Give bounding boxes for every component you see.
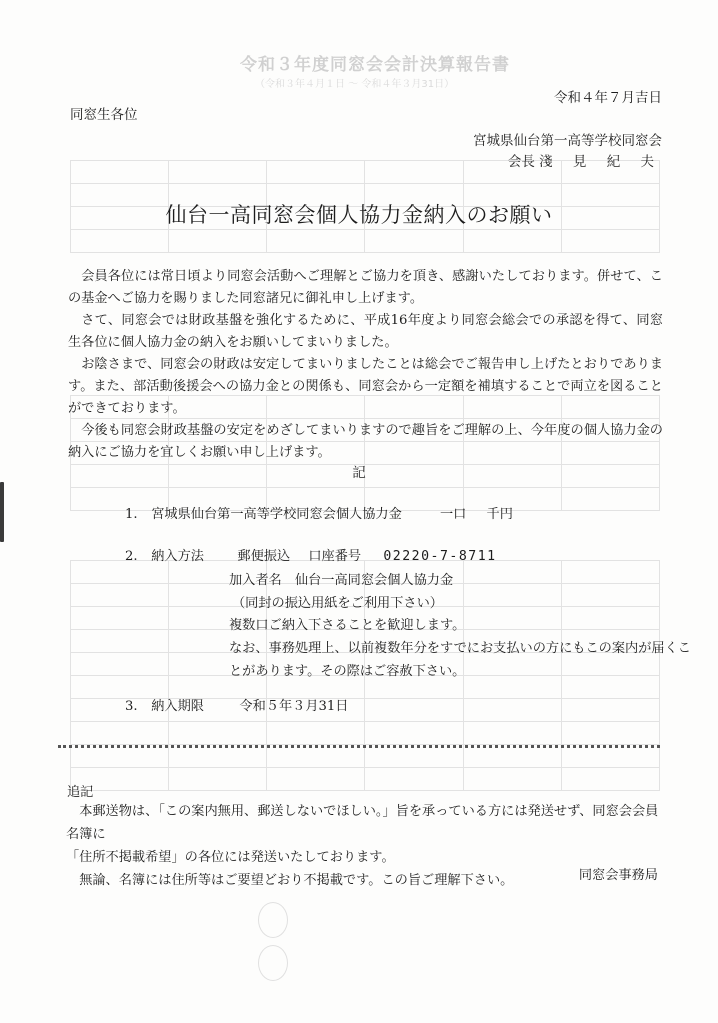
item-number: 1. [125, 507, 147, 522]
payment-detail: （同封の振込用紙をご利用下さい） [232, 592, 443, 611]
deadline-value: 令和５年３月31日 [239, 699, 348, 714]
president-title: 会長 [508, 154, 535, 170]
payment-method: 郵便振込 [237, 549, 290, 564]
postscript-heading: 追記 [67, 781, 93, 800]
bleed-through-seal-icon [258, 945, 288, 981]
president-name: 淺 見 紀 夫 [539, 154, 662, 170]
payment-detail: とがあります。その際はご容赦下さい。 [229, 660, 465, 679]
letter-body: 会員各位には常日頃より同窓会活動へご理解とご協力を頂き、感謝いたしております。併… [68, 266, 663, 464]
bleed-through-subtitle: （令和３年４月１日 ～ 令和４年３月31日） [255, 75, 454, 90]
postscript-body: 本郵送物は、「この案内無用、郵送しないでほしい。」旨を承っている方には発送せず、… [66, 800, 662, 892]
item-label: 納入方法 [151, 545, 233, 564]
addressee: 同窓生各位 [70, 103, 138, 123]
item-contribution: 1. 宮城県仙台第一高等学校同窓会個人協力金 一口 千円 [125, 503, 513, 522]
item-unit: 千円 [487, 507, 513, 522]
item-label: 宮城県仙台第一高等学校同窓会個人協力金 [151, 507, 402, 522]
postscript-line: 本郵送物は、「この案内無用、郵送しないでほしい。」旨を承っている方には発送せず、… [66, 800, 662, 846]
paragraph: 会員各位には常日頃より同窓会活動へご理解とご協力を頂き、感謝いたしております。併… [68, 266, 663, 310]
paragraph: お陰さまで、同窓会の財政は安定してまいりましたことは総会でご報告申し上げたとおり… [68, 354, 663, 420]
page-title: 仙台一高同窓会個人協力金納入のお願い [0, 199, 718, 229]
postscript-line: 「住所不掲載希望」の各位には発送いたしております。 [66, 846, 662, 869]
account-number: 02220-7-8711 [383, 549, 496, 564]
dotted-divider [58, 745, 660, 748]
bleed-through-title: 令和３年度同窓会会計決算報告書 [240, 50, 510, 75]
item-deadline: 3. 納入期限 令和５年３月31日 [125, 695, 349, 714]
item-number: 2. [125, 549, 147, 564]
ki-heading: 記 [0, 461, 718, 481]
payment-detail: 複数口ご納入下さることを歓迎します。 [229, 614, 465, 633]
sender-president: 会長 淺 見 紀 夫 [508, 150, 662, 170]
scan-edge-mark [0, 482, 4, 542]
item-number: 3. [125, 699, 147, 714]
letter-date: 令和４年７月吉日 [554, 86, 662, 106]
item-label: 納入期限 [151, 695, 233, 714]
signature-office: 同窓会事務局 [579, 864, 658, 883]
sender-organization: 宮城県仙台第一高等学校同窓会 [473, 129, 662, 149]
bleed-through-seal-icon [258, 902, 288, 938]
paragraph: さて、同窓会では財政基盤を強化するために、平成16年度より同窓会総会での承認を得… [68, 310, 663, 354]
item-payment-method: 2. 納入方法 郵便振込 口座番号 02220-7-8711 [125, 545, 497, 564]
item-amount: 一口 [440, 507, 466, 522]
payment-detail: 加入者名 仙台一高同窓会個人協力金 [229, 569, 453, 588]
payment-detail: なお、事務処理上、以前複数年分をすでにお支払いの方にもこの案内が届くこ [229, 637, 691, 656]
account-label: 口座番号 [308, 549, 361, 564]
paragraph: 今後も同窓会財政基盤の安定をめざしてまいりますので趣旨をご理解の上、今年度の個人… [68, 420, 663, 464]
postscript-line: 無論、名簿には住所等はご要望どおり不掲載です。この旨ご理解下さい。 [66, 869, 662, 892]
